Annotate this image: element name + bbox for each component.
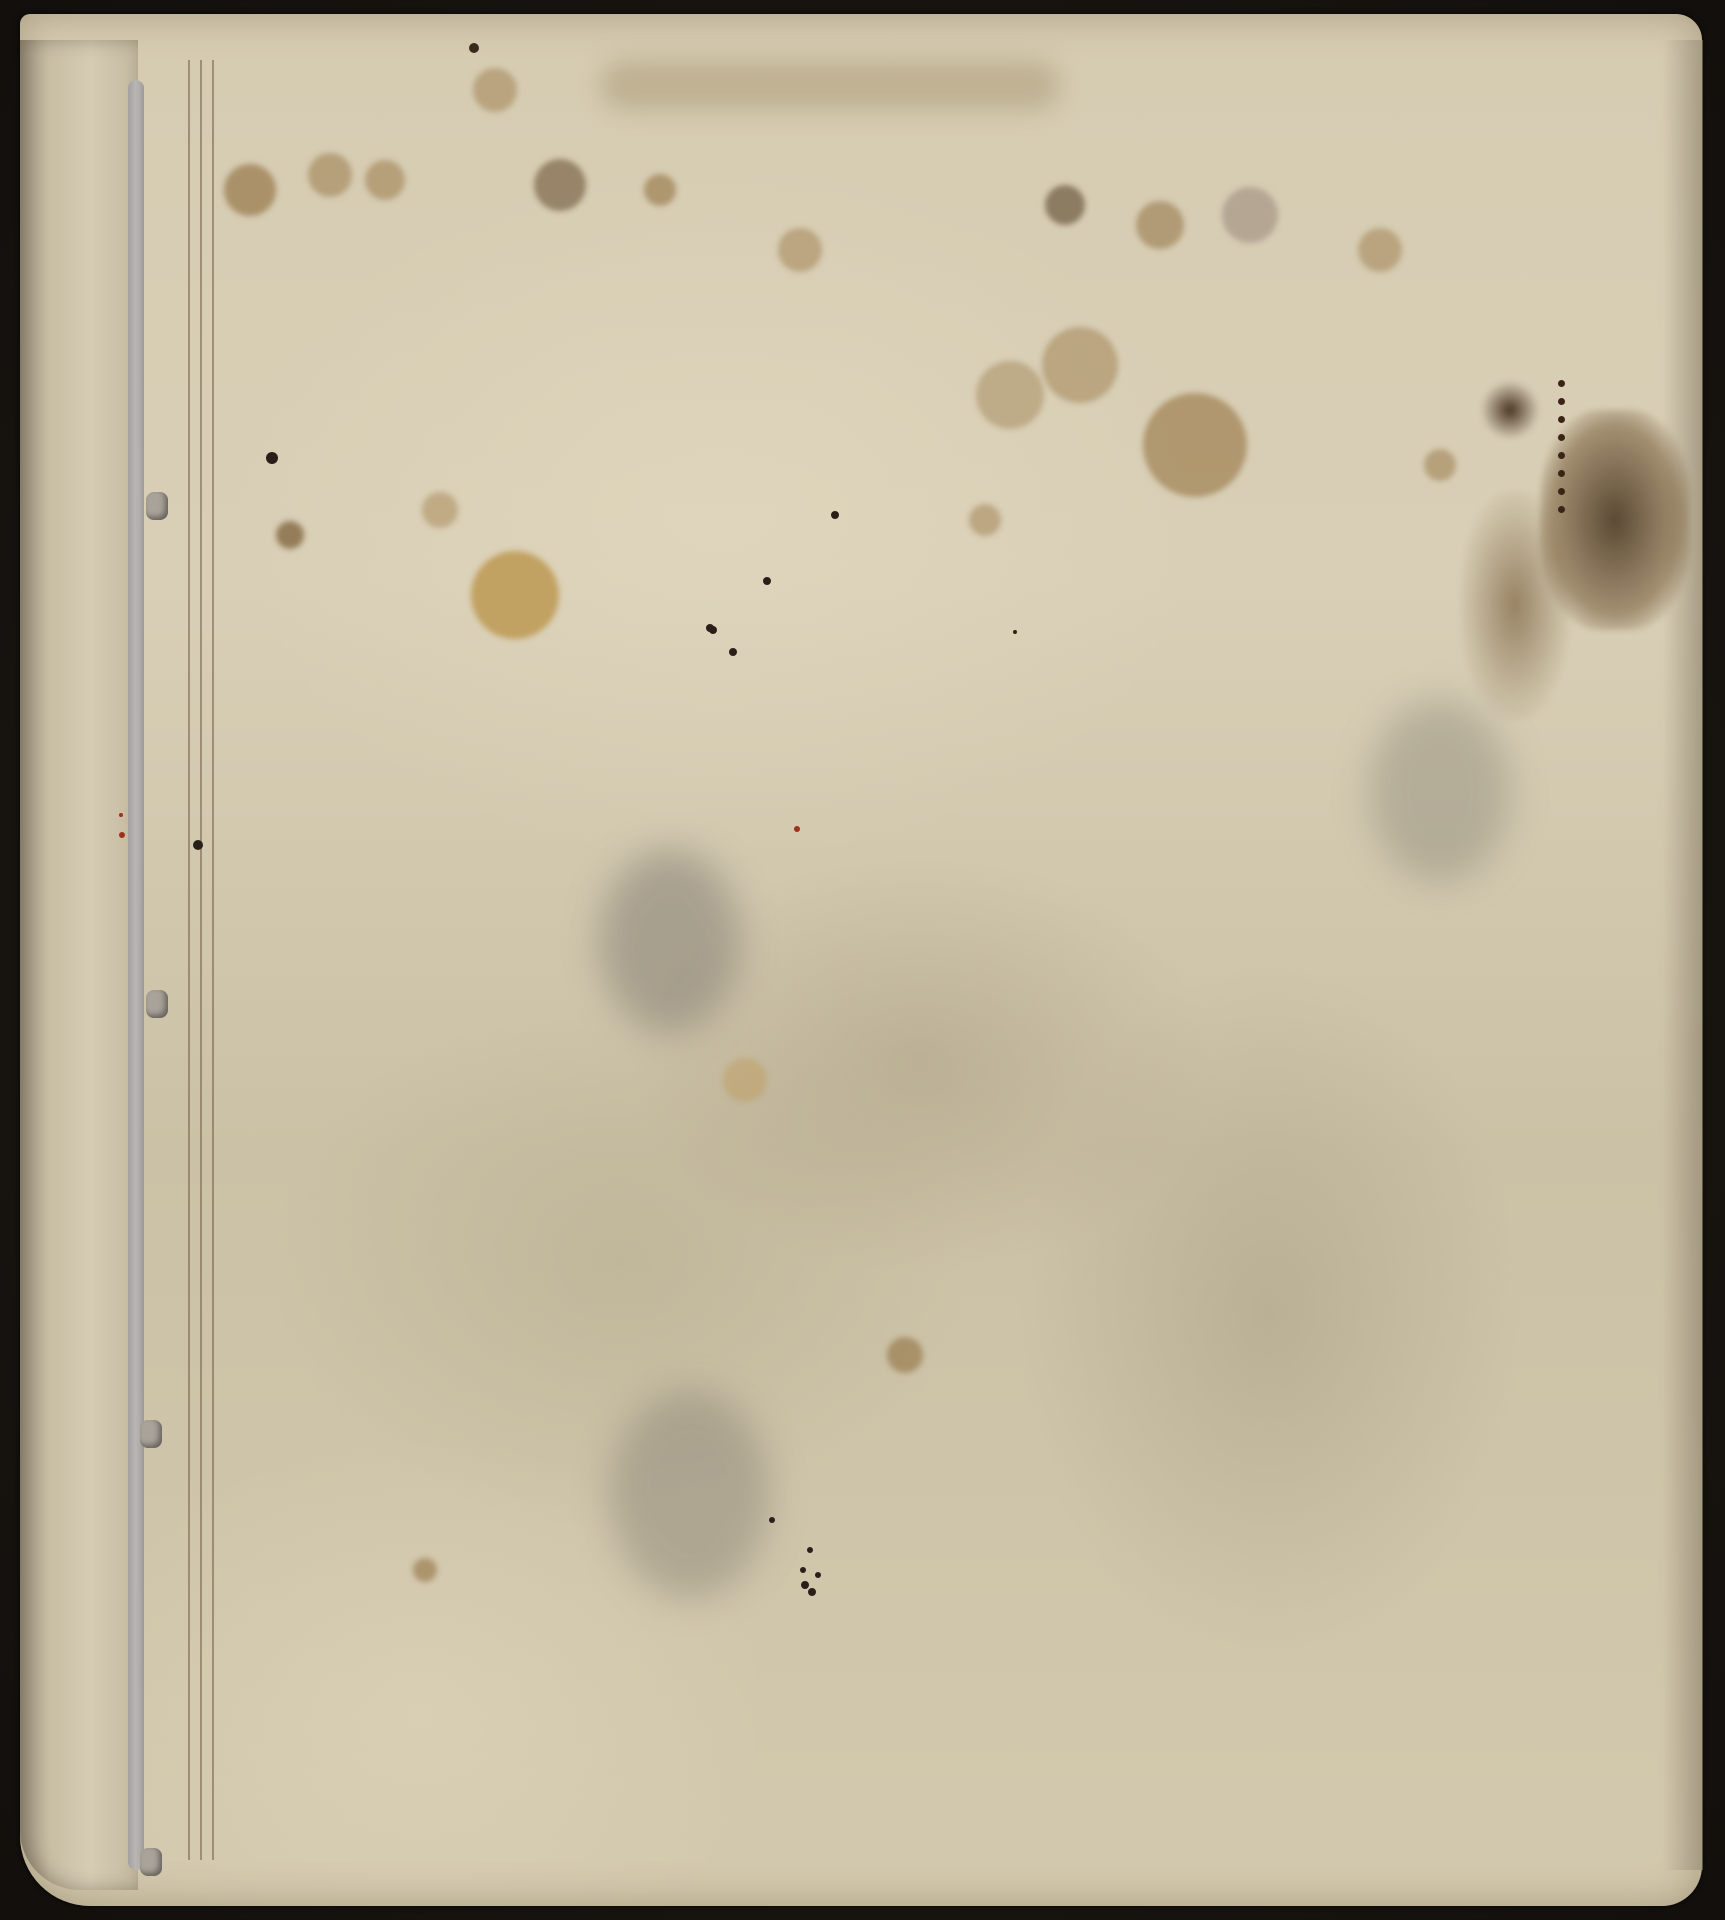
crust-dot — [1558, 488, 1565, 495]
teardrop-streak — [1042, 327, 1118, 403]
crust-dot — [1558, 470, 1565, 477]
top-stain-6 — [644, 174, 676, 206]
sewing-tab — [146, 990, 168, 1018]
speck — [469, 43, 479, 53]
top-stain-1 — [224, 164, 276, 216]
mid-stain-3 — [1424, 449, 1456, 481]
crust-dot — [1558, 452, 1565, 459]
small-stain — [976, 361, 1044, 429]
speck — [763, 577, 771, 585]
speck — [807, 1547, 813, 1553]
fore-edge-shadow — [1663, 40, 1703, 1870]
mid-stain-2 — [969, 504, 1001, 536]
speck — [800, 1567, 806, 1573]
speck — [794, 826, 800, 832]
top-stain-10 — [1222, 187, 1278, 243]
speck — [1013, 630, 1017, 634]
speck — [119, 813, 123, 817]
top-stain-9 — [1136, 201, 1184, 249]
speck — [266, 452, 278, 464]
top-stain-7 — [778, 228, 822, 272]
speck — [815, 1572, 821, 1578]
ruled-line — [200, 60, 202, 1860]
crust-dot — [1558, 506, 1565, 513]
ruled-line — [188, 60, 190, 1860]
gray-smudge-2 — [610, 1390, 770, 1598]
teardrop-stain — [1143, 393, 1247, 497]
top-stain-11 — [1358, 228, 1402, 272]
left-stain — [276, 521, 304, 549]
speck — [729, 648, 737, 656]
speck — [808, 1588, 816, 1596]
crust-dot — [1558, 434, 1565, 441]
speck — [831, 511, 839, 519]
top-stain-5 — [534, 159, 586, 211]
drip-stain-1 — [723, 1058, 767, 1102]
dark-stain-crust — [1480, 380, 1540, 440]
crust-dot — [1558, 380, 1565, 387]
sewing-tab — [140, 1420, 162, 1448]
lower-stain — [413, 1558, 437, 1582]
gray-smudge-1 — [600, 850, 740, 1032]
top-stain-2 — [308, 153, 352, 197]
speck — [119, 832, 125, 838]
top-stain-8 — [1045, 185, 1085, 225]
speck — [193, 840, 203, 850]
round-stain-ring — [471, 551, 559, 639]
speck — [769, 1517, 775, 1523]
crust-dot — [1558, 398, 1565, 405]
drip-stain-2 — [887, 1337, 923, 1373]
ruled-line — [212, 60, 214, 1860]
speck — [706, 624, 714, 632]
top-water-stain-band — [600, 60, 1060, 110]
top-stain-4 — [473, 68, 517, 112]
crust-dot — [1558, 416, 1565, 423]
sewing-tab — [146, 492, 168, 520]
gray-smudge-3 — [1370, 700, 1510, 882]
mid-stain-1 — [422, 492, 458, 528]
speck — [801, 1581, 809, 1589]
vellum-book-cover — [20, 14, 1702, 1906]
spine-binding-cord — [128, 80, 144, 1870]
spine-fold — [20, 40, 138, 1890]
sewing-tab — [140, 1848, 162, 1876]
top-stain-3 — [365, 160, 405, 200]
dark-stain-left-lobe — [1460, 490, 1570, 720]
